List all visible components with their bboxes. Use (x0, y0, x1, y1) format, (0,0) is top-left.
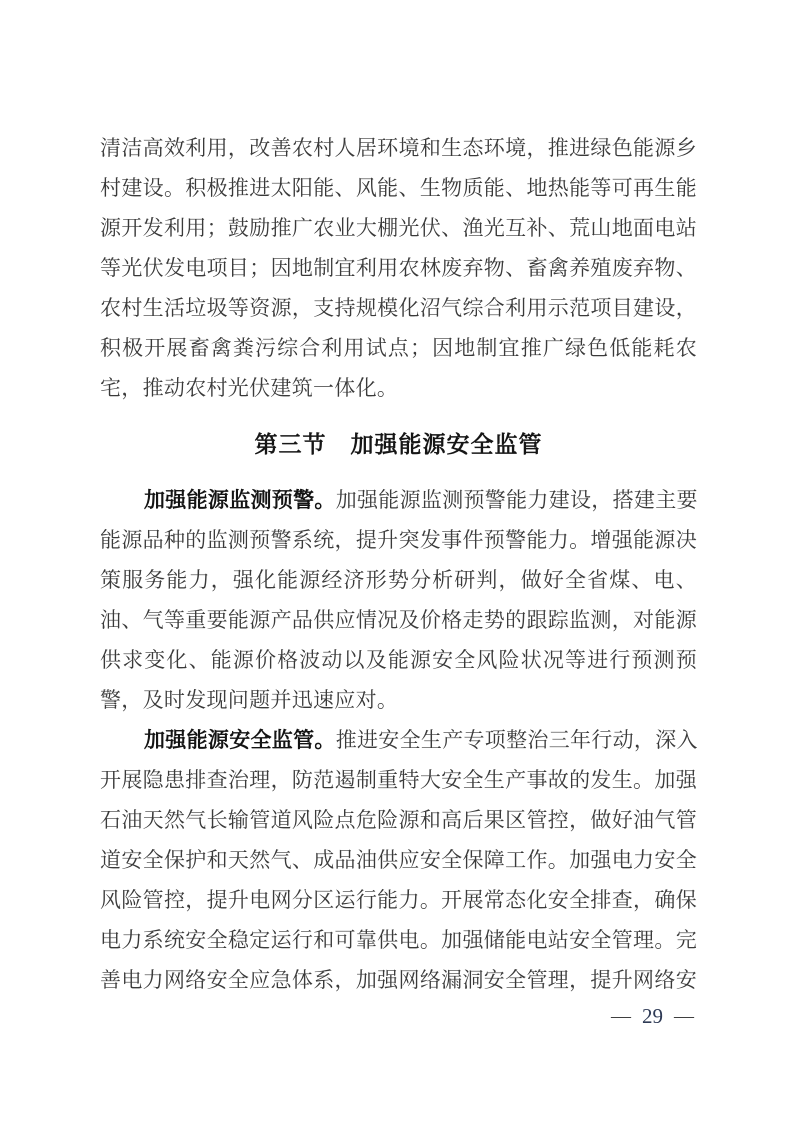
document-page: 清洁高效利用，改善农村人居环境和生态环境，推进绿色能源乡 村建设。积极推进太阳能… (0, 0, 794, 1123)
paragraph-lead-bold: 加强能源监测预警。 (144, 489, 336, 512)
paragraph-line: 电力系统安全稳定运行和可靠供电。加强储能电站安全管理。完 (100, 920, 697, 960)
paragraph-line: 警，及时发现问题并迅速应对。 (100, 680, 697, 720)
paragraph-line: 加强能源监测预警。加强能源监测预警能力建设，搭建主要 (100, 480, 697, 520)
footer-dash-right: — (674, 1002, 694, 1030)
paragraph-line: 善电力网络安全应急体系，加强网络漏洞安全管理，提升网络安 (100, 960, 697, 1000)
paragraph-line: 加强能源安全监管。推进安全生产专项整治三年行动，深入 (100, 720, 697, 760)
paragraph-line: 石油天然气长输管道风险点危险源和高后果区管控，做好油气管 (100, 800, 697, 840)
paragraph-line: 村建设。积极推进太阳能、风能、生物质能、地热能等可再生能 (100, 168, 697, 208)
paragraph-line: 积极开展畜禽粪污综合利用试点；因地制宜推广绿色低能耗农 (100, 328, 697, 368)
paragraph-line: 供求变化、能源价格波动以及能源安全风险状况等进行预测预 (100, 640, 697, 680)
paragraph-line: 等光伏发电项目；因地制宜利用农林废弃物、畜禽养殖废弃物、 (100, 248, 697, 288)
paragraph-line-text: 加强能源监测预警能力建设，搭建主要 (336, 488, 698, 512)
page-number: 29 (642, 1002, 663, 1030)
paragraph-line: 清洁高效利用，改善农村人居环境和生态环境，推进绿色能源乡 (100, 128, 697, 168)
paragraph-line: 农村生活垃圾等资源，支持规模化沼气综合利用示范项目建设， (100, 288, 697, 328)
paragraph-lead-bold: 加强能源安全监管。 (144, 729, 336, 752)
paragraph-line-text: 推进安全生产专项整治三年行动，深入 (336, 728, 698, 752)
paragraph-line: 油、气等重要能源产品供应情况及价格走势的跟踪监测，对能源 (100, 600, 697, 640)
page-footer: — 29 — (611, 1002, 694, 1030)
paragraph-line: 道安全保护和天然气、成品油供应安全保障工作。加强电力安全 (100, 840, 697, 880)
paragraph-energy-safety: 加强能源安全监管。推进安全生产专项整治三年行动，深入 开展隐患排查治理，防范遏制… (100, 720, 697, 1000)
paragraph-line: 开展隐患排查治理，防范遏制重特大安全生产事故的发生。加强 (100, 760, 697, 800)
paragraph-line: 宅，推动农村光伏建筑一体化。 (100, 368, 697, 408)
paragraph-line: 能源品种的监测预警系统，提升突发事件预警能力。增强能源决 (100, 520, 697, 560)
section-heading: 第三节 加强能源安全监管 (100, 420, 697, 468)
paragraph-clean-energy-rural: 清洁高效利用，改善农村人居环境和生态环境，推进绿色能源乡 村建设。积极推进太阳能… (100, 128, 697, 408)
paragraph-line: 策服务能力，强化能源经济形势分析研判，做好全省煤、电、 (100, 560, 697, 600)
paragraph-energy-monitoring: 加强能源监测预警。加强能源监测预警能力建设，搭建主要 能源品种的监测预警系统，提… (100, 480, 697, 720)
footer-dash-left: — (611, 1002, 631, 1030)
paragraph-line: 源开发利用；鼓励推广农业大棚光伏、渔光互补、荒山地面电站 (100, 208, 697, 248)
paragraph-line: 风险管控，提升电网分区运行能力。开展常态化安全排查，确保 (100, 880, 697, 920)
